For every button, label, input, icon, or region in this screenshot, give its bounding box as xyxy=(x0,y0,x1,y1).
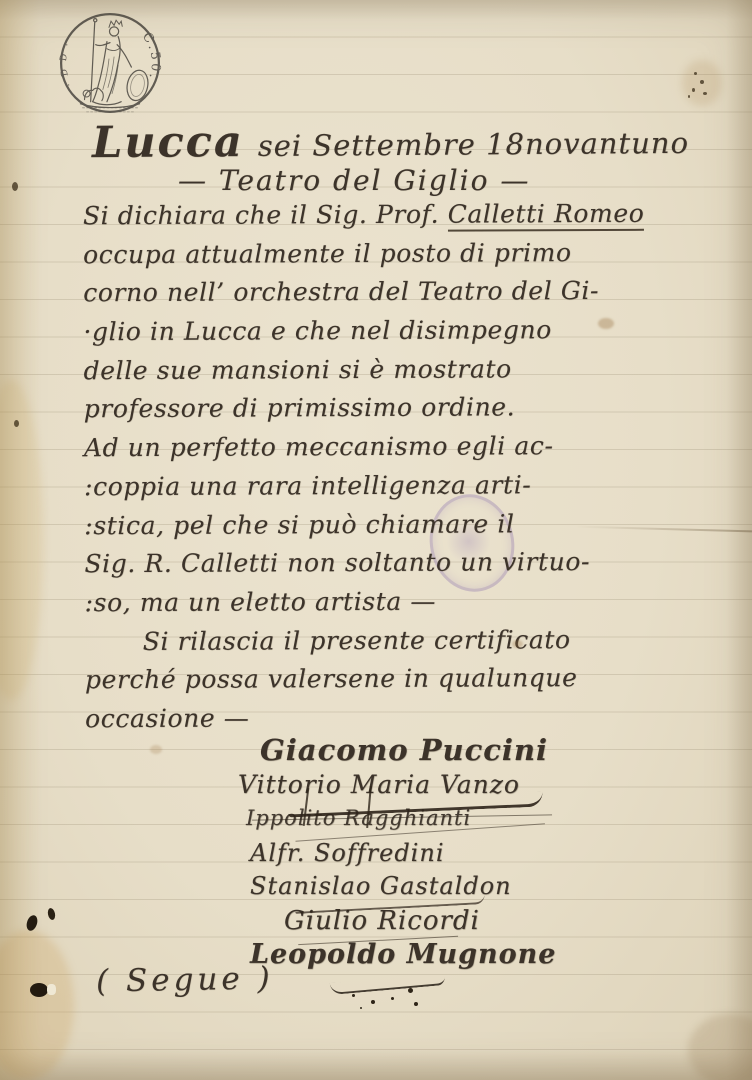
body-text: Si dichiara che il Sig. Prof. Calletti R… xyxy=(83,195,647,739)
body-line: :so, ma un eletto artista — xyxy=(85,582,647,623)
signature-puccini: Giacomo Puccini xyxy=(260,733,548,767)
ink-speck xyxy=(688,95,690,98)
body-line: :stica, pel che si può chiamare il xyxy=(84,504,646,545)
ink-speck xyxy=(703,92,707,95)
allegorical-figure-icon xyxy=(80,19,150,112)
edge-speck xyxy=(14,420,19,427)
punch-hole xyxy=(25,914,39,932)
manuscript-page: C.50. · D D · Lucca sei Settembre 18nova… xyxy=(0,0,752,1080)
body-line: corno nell’ orchestra del Teatro del Gi- xyxy=(83,272,645,313)
body-line: :coppia una rara intelligenza arti- xyxy=(84,466,646,507)
signature-soffredini: Alfr. Soffredini xyxy=(250,839,445,867)
body-line: perché possa valersene in qualunque xyxy=(85,659,647,700)
paper-stain xyxy=(0,380,44,700)
punch-hole xyxy=(30,983,48,997)
punch-hole xyxy=(47,907,56,920)
paper-chip xyxy=(47,984,56,995)
body-line: occupa attualmente il posto di primo xyxy=(83,233,645,274)
signature-flourish xyxy=(330,973,446,995)
body-line: professore di primissimo ordine. xyxy=(84,388,646,429)
seal-left-marks: · D D · xyxy=(58,40,75,89)
paper-stain xyxy=(0,930,74,1080)
ink-dot xyxy=(371,1000,375,1004)
foxing-spot xyxy=(150,745,162,754)
signature-ricordi: Giulio Ricordi xyxy=(284,906,480,936)
body-line: Si rilascia il presente certificato xyxy=(85,620,647,661)
edge-speck xyxy=(12,182,18,191)
signature-ragghianti: Ippolito Ragghianti xyxy=(246,806,471,830)
paper-stain xyxy=(688,1014,752,1080)
ink-dot xyxy=(408,988,413,993)
signature-vanzo: Vittorio Maria Vanzo xyxy=(238,770,520,799)
revenue-stamp-seal: C.50. · D D · xyxy=(56,8,164,118)
subject-name-underlined: Calletti Romeo xyxy=(448,199,645,232)
ink-speck xyxy=(694,72,697,75)
declaration-line: Si dichiara che il Sig. Prof. Calletti R… xyxy=(83,195,645,236)
footer-segue: ( Segue ) xyxy=(96,960,274,999)
document-title: — Teatro del Giglio — xyxy=(178,164,530,197)
dateline-date: sei Settembre 18novantuno xyxy=(258,126,689,163)
dateline-place: Lucca xyxy=(92,117,244,168)
signature-gastaldon: Stanislao Gastaldon xyxy=(250,872,512,900)
ink-dot xyxy=(352,994,355,997)
body-line: ·glio in Lucca e che nel disimpegno xyxy=(83,311,645,352)
signature-mugnone: Leopoldo Mugnone xyxy=(250,939,556,970)
ink-speck xyxy=(692,88,695,92)
body-line: Sig. R. Calletti non soltanto un virtuo- xyxy=(84,543,646,584)
declaration-prefix: Si dichiara che il Sig. Prof. xyxy=(83,200,448,231)
ink-dot xyxy=(414,1002,418,1006)
ink-dot xyxy=(360,1007,362,1009)
body-line: delle sue mansioni si è mostrato xyxy=(83,350,645,391)
dateline: Lucca sei Settembre 18novantuno xyxy=(92,114,689,168)
ink-speck xyxy=(700,80,704,84)
seal-denomination: C.50. xyxy=(139,30,163,83)
ink-dot xyxy=(391,997,394,1000)
body-line: Ad un perfetto meccanismo egli ac- xyxy=(84,427,646,468)
